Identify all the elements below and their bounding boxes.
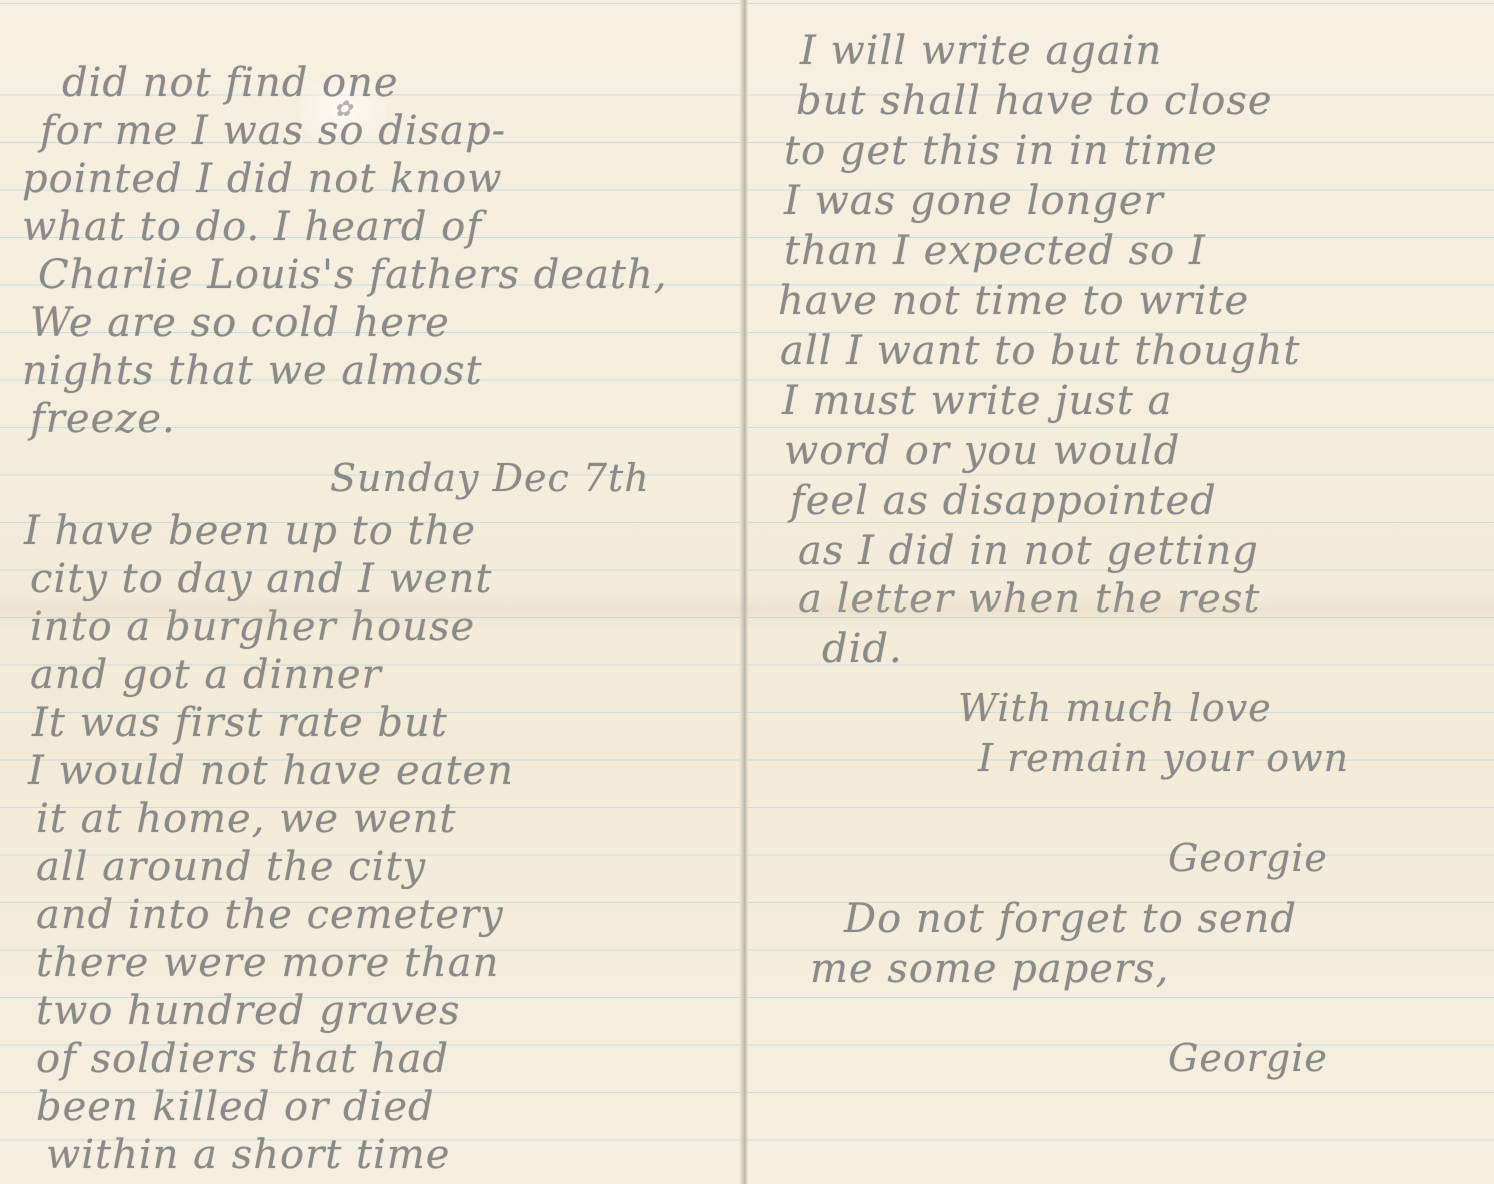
letter-line: and into the cemetery — [36, 892, 504, 938]
letter-line: what to do. I heard of — [22, 204, 482, 250]
letter-line: of soldiers that had — [36, 1036, 449, 1082]
letter-line: pointed I did not know — [22, 156, 503, 202]
letter-closing: I remain your own — [978, 736, 1349, 780]
letter-line: word or you would — [784, 428, 1180, 474]
letter-line: within a short time — [46, 1132, 450, 1178]
letter-date: Sunday Dec 7th — [330, 456, 650, 500]
letter-line: did. — [822, 626, 903, 672]
letter-line: all around the city — [36, 844, 426, 890]
paper-crease — [0, 590, 1494, 630]
letter-line: nights that we almost — [22, 348, 483, 394]
letter-line: have not time to write — [778, 278, 1249, 324]
letter-line: for me I was so disap- — [40, 108, 506, 154]
letter-line: to get this in in time — [784, 128, 1218, 174]
letter-closing: With much love — [958, 686, 1272, 730]
postscript-line: Do not forget to send — [844, 896, 1297, 942]
letter-line: been killed or died — [36, 1084, 435, 1130]
letter-line: We are so cold here — [30, 300, 450, 346]
letter-line: Charlie Louis's fathers death, — [38, 252, 667, 298]
postscript-line: me some papers, — [810, 946, 1169, 992]
letter-line: I have been up to the — [24, 508, 476, 554]
letter-line: two hundred graves — [36, 988, 460, 1034]
letter-line: did not find one — [62, 60, 399, 106]
letter-line: I will write again — [800, 28, 1162, 74]
letter-line: there were more than — [36, 940, 499, 986]
letter-line: It was first rate but — [32, 700, 448, 746]
letter-line: I must write just a — [782, 378, 1172, 424]
letter-line: as I did in not getting — [798, 528, 1259, 574]
letter-line: it at home, we went — [36, 796, 456, 842]
letter-line: I would not have eaten — [28, 748, 514, 794]
letter-line: feel as disappointed — [790, 478, 1217, 524]
letter-line: and got a dinner — [30, 652, 382, 698]
letter-line: all I want to but thought — [780, 328, 1300, 374]
letter-line: than I expected so I — [784, 228, 1206, 274]
letter-signature: Georgie — [1168, 836, 1328, 880]
letter-line: but shall have to close — [796, 78, 1273, 124]
letter-line: freeze. — [30, 396, 176, 442]
letter-line: I was gone longer — [784, 178, 1164, 224]
postscript-signature: Georgie — [1168, 1036, 1328, 1080]
letter-sheet: ✿ did not find one for me I was so disap… — [0, 0, 1494, 1184]
